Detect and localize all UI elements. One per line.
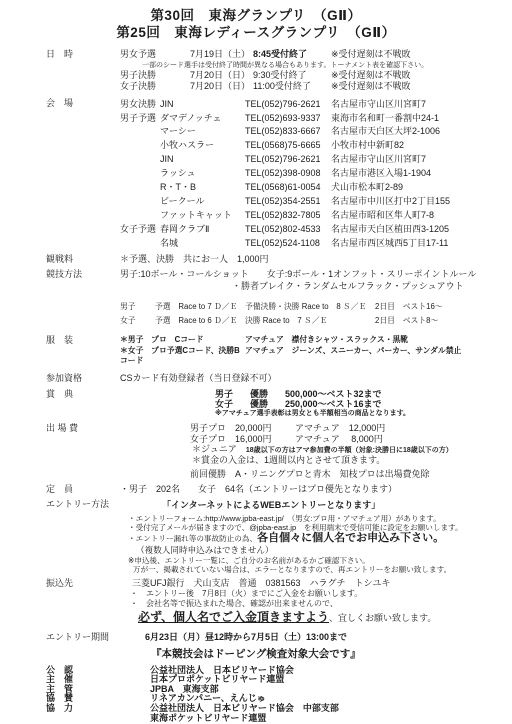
- schedule-content: 男女予選 7月19日（土） 8:45受付終了 ※受付遅刻は不戦敗 一部のシード選…: [120, 49, 504, 93]
- race-row: 女子 予選 Race to 6 Ｄ／Ｅ 決勝 Race to 7 Ｓ／Ｅ 2日目…: [120, 314, 504, 329]
- bank-emphasis-rest: 、宜しくお願い致します。: [329, 613, 436, 623]
- venue-name: 小牧ハスラー: [160, 140, 245, 152]
- venue-row: マーシー TEL(052)833-6667 名古屋市天白区大坪2-1006: [120, 125, 504, 139]
- entry-headline: 「インターネットによるWEBエントリーとなります」: [120, 499, 504, 511]
- venue-row: JIN TEL(052)796-2621 名古屋市守山区川宮町7: [120, 153, 504, 167]
- race-row: 男子 予選 Race to 7 Ｄ／Ｅ 予備決勝・決勝 Race to 8 Ｓ／…: [120, 300, 504, 315]
- venue-row: ラッシュ TEL(052)398-0908 名古屋市港区入場1-1904: [120, 167, 504, 181]
- prize-gender: 女子: [215, 399, 250, 410]
- venue-content: 男女決勝 JIN TEL(052)796-2621 名古屋市守山区川宮町7 男子…: [120, 98, 504, 251]
- fee-row: 男子プロ 20,000円 アマチュア 12,000円: [190, 423, 504, 434]
- venue-tel: TEL(052)398-0908: [245, 168, 331, 180]
- prize-row: 男子 優勝 500,000～ベスト32まで: [215, 389, 504, 400]
- prize-title: 優勝: [250, 399, 285, 410]
- venue-address: 名古屋市中川区打中2丁目155: [331, 196, 504, 208]
- venue-address: 名古屋市港区入場1-1904: [331, 168, 504, 180]
- venue-row: R・T・B TEL(0568)61-0054 犬山市松本町2-89: [120, 181, 504, 195]
- section-dress-code: 服 装 ＊男子 プロ Cコード アマチュア 襟付きシャツ・スラックス・黒靴 ＊女…: [46, 335, 504, 367]
- prize-rows: 男子 優勝 500,000～ベスト32まで 女子 優勝 250,000～ベスト1…: [120, 389, 504, 410]
- organization-row: 主 催 日本プロポケットビリヤード連盟: [46, 675, 504, 685]
- organization-role: [46, 714, 120, 724]
- race-day2: 2日目 ベスト8～: [375, 314, 504, 329]
- venue-address: 犬山市松本町2-89: [331, 182, 504, 194]
- venue-group: 男女決勝: [120, 99, 160, 111]
- schedule-date: 7月20日（日）: [190, 81, 253, 93]
- venue-name: ビークール: [160, 196, 245, 208]
- venue-tel: TEL(052)833-6667: [245, 126, 331, 138]
- venue-name: JIN: [160, 99, 245, 111]
- section-spectator-fee: 観戦料 ＊予選、決勝 共にお一人 1,000円: [46, 254, 504, 266]
- organization-role: 協 力: [46, 704, 120, 714]
- organization-row: 東海ポケットビリヤード連盟: [46, 714, 504, 724]
- bank-account: 三菱UFJ銀行 犬山支店 普通 0381563 ハラグチ トシユキ: [120, 578, 504, 589]
- venue-group: 女子予選: [120, 224, 160, 236]
- schedule-row: 女子決勝 7月20日（日） 11:00受付終了 ※受付遅刻は不戦敗: [120, 81, 504, 93]
- venue-row: 男女決勝 JIN TEL(052)796-2621 名古屋市守山区川宮町7: [120, 98, 504, 112]
- dress-pro: ＊女子 プロ予選Cコード、決勝Bコード: [120, 346, 245, 368]
- venue-address: 名古屋市天白区植田西3-1205: [331, 224, 504, 236]
- dress-row: ＊女子 プロ予選Cコード、決勝Bコード アマチュア ジーンズ、スニーカー、パーカ…: [120, 346, 504, 368]
- schedule-event: 男子決勝: [120, 70, 190, 82]
- section-organizations: 公 認 公益社団法人 日本ビリヤード協会 主 催 日本プロポケットビリヤード連盟…: [46, 666, 504, 724]
- schedule-date: 7月20日（日）: [190, 70, 253, 82]
- venue-address: 小牧市村中新町82: [331, 140, 504, 152]
- schedule-time: 8:45受付終了: [253, 49, 331, 61]
- schedule-note: ※受付遅刻は不戦敗: [331, 49, 504, 61]
- fee-pro: 男子プロ 20,000円: [190, 423, 295, 434]
- venue-name: 名城: [160, 238, 245, 250]
- entry-method-content: 「インターネットによるWEBエントリーとなります」 ・エントリーフォーム:htt…: [120, 499, 504, 574]
- race-rows: 男子 予選 Race to 7 Ｄ／Ｅ 予備決勝・決勝 Race to 8 Ｓ／…: [120, 300, 504, 329]
- venue-tel: TEL(052)796-2621: [245, 154, 331, 166]
- title-line1: 第30回 東海グランプリ （GⅡ）: [46, 7, 466, 24]
- race-prelim: 予選 Race to 6 Ｄ／Ｅ: [155, 314, 245, 329]
- venue-name: マーシー: [160, 126, 245, 138]
- venue-name: ファットキャット: [160, 210, 245, 222]
- eligibility-label: 参加資格: [46, 373, 120, 385]
- bank-emphasis: 必ず、個人名でご入金頂きますよう、宜しくお願い致します。: [120, 610, 504, 625]
- entry-period-label: エントリー期間: [46, 632, 120, 644]
- venue-row: 女子予選 春岡クラブⅡ TEL(052)802-4533 名古屋市天白区植田西3…: [120, 223, 504, 237]
- venue-tel: TEL(0568)61-0054: [245, 182, 331, 194]
- bank-content: 三菱UFJ銀行 犬山支店 普通 0381563 ハラグチ トシユキ ・ エントリ…: [120, 578, 504, 625]
- schedule-row: 男女予選 7月19日（土） 8:45受付終了 ※受付遅刻は不戦敗: [120, 49, 504, 61]
- fee-exempt-note: 前回優勝 A・リニングプロと青木 知枝プロは出場費免除: [120, 469, 504, 480]
- section-schedule: 日 時 男女予選 7月19日（土） 8:45受付終了 ※受付遅刻は不戦敗 一部の…: [46, 49, 504, 93]
- dress-amateur: アマチュア 襟付きシャツ・スラックス・黒靴: [245, 335, 504, 346]
- race-gender: 女子: [120, 314, 155, 329]
- entry-bullets: ・エントリーフォーム:http://www.jpba-east.jp/ （男女:…: [120, 514, 504, 574]
- entry-emphasis-prefix: ・エントリー漏れ等の事故防止の為、: [128, 534, 257, 543]
- section-bank: 振込先 三菱UFJ銀行 犬山支店 普通 0381563 ハラグチ トシユキ ・ …: [46, 578, 504, 625]
- entry-bullet-confirm: ※申込後、エントリー一覧に、ご自分のお名前があるかご確認下さい。: [128, 556, 504, 565]
- fee-junior-text: 18歳以下の方はアマ参加費の半額（対象:決勝日に18歳以下の方）: [246, 447, 453, 454]
- prize-title: 優勝: [250, 389, 285, 400]
- venue-row: 名城 TEL(052)524-1108 名古屋市西区城西5丁目17-11: [120, 236, 504, 250]
- venue-name: R・T・B: [160, 182, 245, 194]
- fee-amateur: アマチュア 12,000円: [295, 423, 504, 434]
- dress-pro: ＊男子 プロ Cコード: [120, 335, 245, 346]
- venue-row: ファットキャット TEL(052)832-7805 名古屋市昭和区隼人町7-8: [120, 209, 504, 223]
- venue-label: 会 場: [46, 98, 120, 110]
- venue-tel: TEL(052)693-9337: [245, 113, 331, 125]
- spectator-fee-text: ＊予選、決勝 共にお一人 1,000円: [120, 254, 504, 266]
- schedule-note: ※受付遅刻は不戦敗: [331, 81, 504, 93]
- fee-amateur: アマチュア 8,000円: [295, 434, 504, 445]
- dress-label: 服 装: [46, 335, 120, 347]
- venue-tel: TEL(052)354-2551: [245, 196, 331, 208]
- venue-tel: TEL(052)802-4533: [245, 224, 331, 236]
- prize-amount: 250,000～ベスト16まで: [285, 399, 504, 410]
- prizes-content: 男子 優勝 500,000～ベスト32まで 女子 優勝 250,000～ベスト1…: [120, 389, 504, 419]
- title-line2: 第25回 東海レディースグランプリ （GⅡ）: [46, 24, 466, 41]
- organization-row: 協 力 公益社団法人 日本ビリヤード協会 中部支部: [46, 704, 504, 714]
- venue-group: 男子予選: [120, 113, 160, 125]
- venue-address: 名古屋市天白区大坪2-1006: [331, 126, 504, 138]
- venue-name: JIN: [160, 154, 245, 166]
- prize-gender: 男子: [215, 389, 250, 400]
- entry-bullet-form: ・エントリーフォーム:http://www.jpba-east.jp/ （男女:…: [128, 514, 504, 523]
- bank-label: 振込先: [46, 578, 120, 590]
- venue-address: 名古屋市守山区川宮町7: [331, 154, 504, 166]
- schedule-event: 男女予選: [120, 49, 190, 61]
- section-venue: 会 場 男女決勝 JIN TEL(052)796-2621 名古屋市守山区川宮町…: [46, 98, 504, 251]
- race-gender: 男子: [120, 300, 155, 315]
- eligibility-text: CSカード有効登録者（当日登録不可）: [120, 373, 504, 385]
- venue-tel: TEL(052)524-1108: [245, 238, 331, 250]
- bank-bullet-company: ・ 会社名等で振込まれた場合、確認が出来ませんので、: [120, 599, 504, 609]
- venue-address: 東海市名和町一番割中24-1: [331, 113, 504, 125]
- section-entry-period: エントリー期間 6月23日（月）昼12時から7月5日（土）13:00まで: [46, 632, 504, 644]
- method-line2: ・勝者ブレイク・ランダムセルフラック・プッシュアウト: [232, 281, 504, 293]
- schedule-time: 9:30受付終了: [253, 70, 331, 82]
- prize-note: ※アマチュア選手表彰は男女とも半額相当の商品となります。: [120, 410, 504, 419]
- entry-bullet-error: 万が一、掲載されていない場合は、エラーとなりますので、再エントリーをお願い致しま…: [128, 565, 504, 574]
- race-final: 予備決勝・決勝 Race to 8 Ｓ／Ｅ: [245, 300, 375, 315]
- fee-junior-note: ＊ジュニア 18歳以下の方はアマ参加費の半額（対象:決勝日に18歳以下の方）: [190, 445, 504, 456]
- method-line1: 男子:10ボール・コールショット 女子:9ボール・1オンフット・スリーポイントル…: [120, 269, 504, 281]
- venue-tel: TEL(0568)75-6665: [245, 140, 331, 152]
- venue-row: 男子予選 ダマデノッチェ TEL(052)693-9337 東海市名和町一番割中…: [120, 111, 504, 125]
- venue-name: 春岡クラブⅡ: [160, 224, 245, 236]
- bank-emphasis-bold: 必ず、個人名でご入金頂きますよう: [138, 610, 329, 624]
- capacity-label: 定 員: [46, 484, 120, 496]
- dress-amateur: アマチュア ジーンズ、スニーカー、パーカー、サンダル禁止: [245, 346, 504, 368]
- fee-payment-note: ＊賞金の入金は、1週間以内とさせて頂きます。: [190, 455, 504, 465]
- venue-row: ビークール TEL(052)354-2551 名古屋市中川区打中2丁目155: [120, 195, 504, 209]
- venue-address: 名古屋市西区城西5丁目17-11: [331, 238, 504, 250]
- venue-tel: TEL(052)796-2621: [245, 99, 331, 111]
- tournament-flyer: 第30回 東海グランプリ （GⅡ） 第25回 東海レディースグランプリ （GⅡ）…: [0, 0, 512, 724]
- venue-address: 名古屋市守山区川宮町7: [331, 99, 504, 111]
- race-prelim: 予選 Race to 7 Ｄ／Ｅ: [155, 300, 245, 315]
- schedule-event: 女子決勝: [120, 81, 190, 93]
- entry-bullet-paren: （複数人同時申込みはできません）: [128, 545, 504, 556]
- page-title: 第30回 東海グランプリ （GⅡ） 第25回 東海レディースグランプリ （GⅡ）: [46, 7, 466, 41]
- entry-fee-content: 男子プロ 20,000円 アマチュア 12,000円 女子プロ 16,000円 …: [120, 423, 504, 480]
- prizes-label: 賞 典: [46, 389, 120, 401]
- section-eligibility: 参加資格 CSカード有効登録者（当日登録不可）: [46, 373, 504, 385]
- entry-method-label: エントリー方法: [46, 499, 120, 511]
- method-label: 競技方法: [46, 269, 120, 281]
- entry-fee-label: 出 場 費: [46, 423, 120, 435]
- entry-bullet-emphasis: ・エントリー漏れ等の事故防止の為、各自個々に個人名でお申込み下さい。: [128, 532, 504, 545]
- schedule-row: 男子決勝 7月20日（日） 9:30受付終了 ※受付遅刻は不戦敗: [120, 70, 504, 82]
- race-day2: 2日目 ベスト16～: [375, 300, 504, 315]
- race-final: 決勝 Race to 7 Ｓ／Ｅ: [245, 314, 375, 329]
- section-method: 競技方法 男子:10ボール・コールショット 女子:9ボール・1オンフット・スリー…: [46, 269, 504, 329]
- schedule-note: ※受付遅刻は不戦敗: [331, 70, 504, 82]
- schedule-date: 7月19日（土）: [190, 49, 253, 61]
- method-content: 男子:10ボール・コールショット 女子:9ボール・1オンフット・スリーポイントル…: [120, 269, 504, 329]
- venue-name: ラッシュ: [160, 168, 245, 180]
- section-entry-fee: 出 場 費 男子プロ 20,000円 アマチュア 12,000円 女子プロ 16…: [46, 423, 504, 480]
- venue-address: 名古屋市昭和区隼人町7-8: [331, 210, 504, 222]
- venue-name: ダマデノッチェ: [160, 113, 245, 125]
- organization-name: 東海ポケットビリヤード連盟: [120, 714, 504, 724]
- prize-amount: 500,000～ベスト32まで: [285, 389, 504, 400]
- entry-emphasis-bold: 各自個々に個人名でお申込み下さい。: [257, 532, 444, 544]
- seed-note: 一部のシード選手は受付終了時間が異なる場合もあります。トーナメント表を確認下さい…: [120, 61, 504, 70]
- organization-row: 主 管 JPBA 東海支部: [46, 685, 504, 695]
- schedule-time: 11:00受付終了: [253, 81, 331, 93]
- entry-period-text: 6月23日（月）昼12時から7月5日（土）13:00まで: [120, 632, 504, 644]
- dress-content: ＊男子 プロ Cコード アマチュア 襟付きシャツ・スラックス・黒靴 ＊女子 プロ…: [120, 335, 504, 367]
- venue-tel: TEL(052)832-7805: [245, 210, 331, 222]
- venue-row: 小牧ハスラー TEL(0568)75-6665 小牧市村中新町82: [120, 139, 504, 153]
- entry-bullet-mail: ・受付完了メールが届きますので、@jpba-east.jp を利用端末で受信可能…: [128, 523, 504, 532]
- fee-rows: 男子プロ 20,000円 アマチュア 12,000円 女子プロ 16,000円 …: [120, 423, 504, 465]
- fee-junior-prefix: ＊ジュニア: [192, 444, 246, 454]
- schedule-label: 日 時: [46, 49, 120, 61]
- bank-bullet-deadline: ・ エントリー後 7月8日（火）までにご入金をお願いします。: [120, 589, 504, 599]
- capacity-text: ・男子 202名 女子 64名（エントリーはプロ優先となります）: [120, 484, 504, 496]
- spectator-fee-label: 観戦料: [46, 254, 120, 266]
- section-prizes: 賞 典 男子 優勝 500,000～ベスト32まで 女子 優勝 250,000～…: [46, 389, 504, 419]
- section-entry-method: エントリー方法 「インターネットによるWEBエントリーとなります」 ・エントリー…: [46, 499, 504, 574]
- prize-row: 女子 優勝 250,000～ベスト16まで: [215, 399, 504, 410]
- section-capacity: 定 員 ・男子 202名 女子 64名（エントリーはプロ優先となります）: [46, 484, 504, 496]
- dress-row: ＊男子 プロ Cコード アマチュア 襟付きシャツ・スラックス・黒靴: [120, 335, 504, 346]
- doping-notice: 『本競技会はドーピング検査対象大会です』: [151, 648, 504, 661]
